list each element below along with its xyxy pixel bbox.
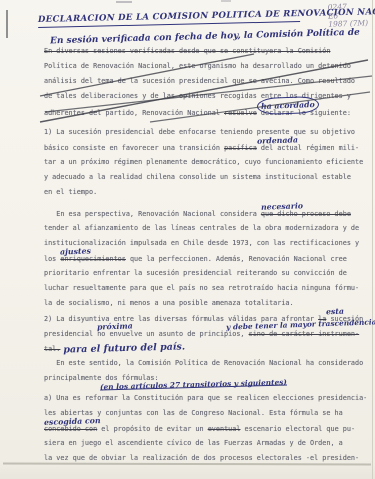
handwritten-correction-text: necesario — [261, 198, 304, 214]
struck-through-text: tal. — [44, 345, 60, 353]
document-line: institucionalización impulsada en Chile … — [44, 236, 366, 251]
typed-text: a) Una es reformar la Constitución para … — [44, 394, 367, 402]
document-line: En esa perspectiva, Renovación Nacional … — [44, 206, 366, 221]
document-line: Política de Renovación Nacional, este or… — [44, 59, 366, 74]
document-line: 1) La sucesión presidencial debe enfocar… — [44, 125, 366, 140]
typed-text: siera en juego el ascendiente cívico de … — [44, 439, 343, 447]
document-line: básico consiste en favorecer una transic… — [44, 140, 366, 155]
document-line: En diversas sesiones verificadas desde q… — [44, 44, 366, 59]
typed-text: y adecuado a la realidad chilena consoli… — [44, 173, 351, 181]
document-line: tender al afianzamiento de las líneas ce… — [44, 221, 366, 236]
struck-through-text: eventual — [208, 425, 241, 433]
struck-through-text: pacífica — [224, 144, 257, 152]
document-title-handwritten: DECLARACION DE LA COMISION POLITICA DE R… — [38, 9, 300, 28]
typed-text: los — [44, 255, 60, 263]
document-line: adherentes del partido, Renovación Nacio… — [44, 104, 366, 119]
typed-text: escenario electoral que pu- — [240, 425, 355, 433]
document-line: y adecuado a la realidad chilena consoli… — [44, 170, 366, 185]
scan-edge-line — [372, 0, 373, 479]
typed-text: la vez que de obviar la realización de d… — [44, 454, 359, 462]
typed-text: presidencial — [44, 330, 97, 338]
struck-through-text: resuelve — [224, 109, 257, 117]
scan-speck — [221, 0, 231, 2]
handwritten-phrase: para el futuro del país. — [60, 339, 185, 357]
typed-text: En este sentido, la Comisión Política de… — [44, 359, 363, 367]
document-line: luchar resueltamente para que el país no… — [44, 281, 366, 296]
document-line: escogida conconcebido con el propósito d… — [44, 421, 366, 436]
document-line: en el tiempo. — [44, 185, 366, 200]
typewritten-body: En diversas sesiones verificadas desde q… — [44, 44, 366, 466]
document-line: los ajustesenriquecimientos que la perfe… — [44, 251, 366, 266]
scan-edge-mark — [6, 10, 8, 38]
document-line: la de socialismo, ni menos a una posible… — [44, 296, 366, 311]
typed-text: tender al afianzamiento de las líneas ce… — [44, 224, 359, 232]
document-line: tal. para el futuro del país. — [44, 341, 366, 356]
typed-text: que la perfeccionen. Además, Renovación … — [126, 255, 347, 263]
document-line: tar a un próximo régimen plenamente demo… — [44, 155, 366, 170]
typed-text: institucionalización impulsada en Chile … — [44, 239, 359, 247]
handwritten-correction-text: escogida con — [44, 413, 101, 430]
typed-text: 1) La sucesión presidencial debe enfocar… — [44, 128, 355, 136]
struck-through-text: En diversas sesiones verificadas desde q… — [44, 47, 330, 55]
typed-text: básico consiste en favorecer una transic… — [44, 144, 224, 152]
handwritten-insertion: (en los artículos 27 transitorios y sigu… — [100, 380, 287, 391]
typed-text: adherentes del partido, Renovación Nacio… — [44, 109, 224, 117]
typed-text: En esa perspectiva, Renovación Nacional … — [44, 210, 261, 218]
scanned-document-page: 0247 E6 1987 (7M) DECLARACION DE LA COMI… — [0, 0, 375, 479]
typed-text: prioritario enfrentar la sucesión presid… — [44, 269, 347, 277]
typed-text: Política de Renovación Nacional, este or… — [44, 62, 351, 70]
typed-text: en el tiempo. — [44, 188, 97, 196]
typed-text: la de socialismo, ni menos a una posible… — [44, 299, 294, 307]
document-line: En este sentido, la Comisión Política de… — [44, 356, 366, 371]
typed-text: análisis del tema de la sucesión preside… — [44, 77, 355, 85]
document-line: a) Una es reformar la Constitución para … — [44, 391, 366, 406]
document-line: presidencial próximano envuelve un asunt… — [44, 326, 366, 341]
typed-text: luchar resueltamente para que el país no… — [44, 284, 359, 292]
document-line: la vez que de obviar la realización de d… — [44, 451, 366, 466]
handwritten-correction-text: próxima — [97, 318, 133, 334]
typed-text: tar a un próximo régimen plenamente demo… — [44, 158, 363, 166]
handwritten-correction-text: ajustes — [60, 243, 91, 259]
document-line: análisis del tema de la sucesión preside… — [44, 74, 366, 89]
scan-speck — [116, 1, 132, 3]
handwritten-correction-text: ordenada — [257, 132, 298, 148]
document-line: siera en juego el ascendiente cívico de … — [44, 436, 366, 451]
document-line: prioritario enfrentar la sucesión presid… — [44, 266, 366, 281]
typed-text: el propósito de evitar un — [97, 425, 208, 433]
